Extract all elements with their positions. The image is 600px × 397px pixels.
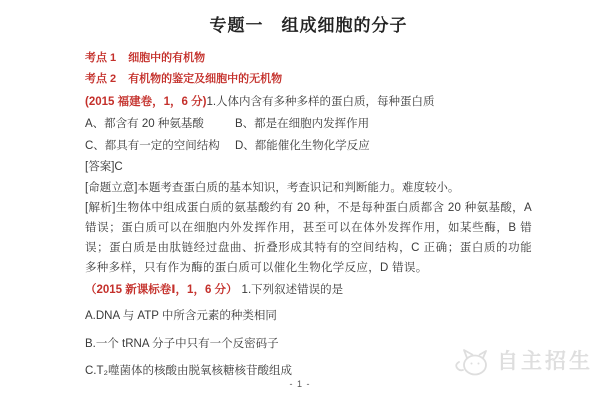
page-number: - 1 -	[0, 379, 600, 389]
cat-logo-icon	[452, 346, 492, 378]
question1-options-row-1: A、都含有 20 种氨基酸 B、都是在细胞内发挥作用	[85, 116, 532, 132]
question1-stem: 1.人体内含有多种多样的蛋白质，每种蛋白质	[206, 96, 434, 108]
exam-point-2-text: 有机物的鉴定及细胞中的无机物	[128, 73, 282, 85]
question2-stem: 1.下列叙述错误的是	[242, 284, 344, 296]
question1-source: (2015 福建卷，1，6 分)	[85, 96, 206, 108]
exam-point-1-text: 细胞中的有机物	[128, 52, 205, 64]
watermark-badge: 自主招生	[452, 346, 593, 378]
question1-stem-line: (2015 福建卷，1，6 分)1.人体内含有多种多样的蛋白质，每种蛋白质	[85, 94, 532, 110]
analysis-paragraph: [解析]生物体中组成蛋白质的氨基酸约有 20 种，不是每种蛋白质都含 20 种氨…	[85, 198, 532, 278]
option-c: C、都具有一定的空间结构	[85, 138, 235, 154]
question1-options-row-2: C、都具有一定的空间结构 D、都能催化生物化学反应	[85, 138, 532, 154]
exam-point-2-label: 考点 2	[85, 73, 116, 85]
watermark-text: 自主招生	[497, 346, 593, 378]
option-b: B、都是在细胞内发挥作用	[235, 116, 532, 132]
option-a: A、都含有 20 种氨基酸	[85, 116, 235, 132]
question2-source: （2015 新课标卷Ⅰ，1，6 分）	[85, 284, 238, 296]
exam-point-1: 考点 1细胞中的有机物	[85, 51, 532, 66]
answer-line: [答案]C	[85, 159, 532, 175]
option-d: D、都能催化生物化学反应	[235, 138, 532, 154]
page-title: 专题一 组成细胞的分子	[85, 14, 532, 38]
exam-point-2: 考点 2有机物的鉴定及细胞中的无机物	[85, 72, 532, 87]
question2-option-a: A.DNA 与 ATP 中所含元素的种类相同	[85, 308, 532, 324]
document-page: 专题一 组成细胞的分子 考点 1细胞中的有机物 考点 2有机物的鉴定及细胞中的无…	[0, 0, 600, 397]
intent-line: [命题立意]本题考查蛋白质的基本知识，考查识记和判断能力。难度较小。	[85, 180, 532, 196]
question2-stem-line: （2015 新课标卷Ⅰ，1，6 分）1.下列叙述错误的是	[85, 282, 532, 298]
exam-point-1-label: 考点 1	[85, 52, 116, 64]
